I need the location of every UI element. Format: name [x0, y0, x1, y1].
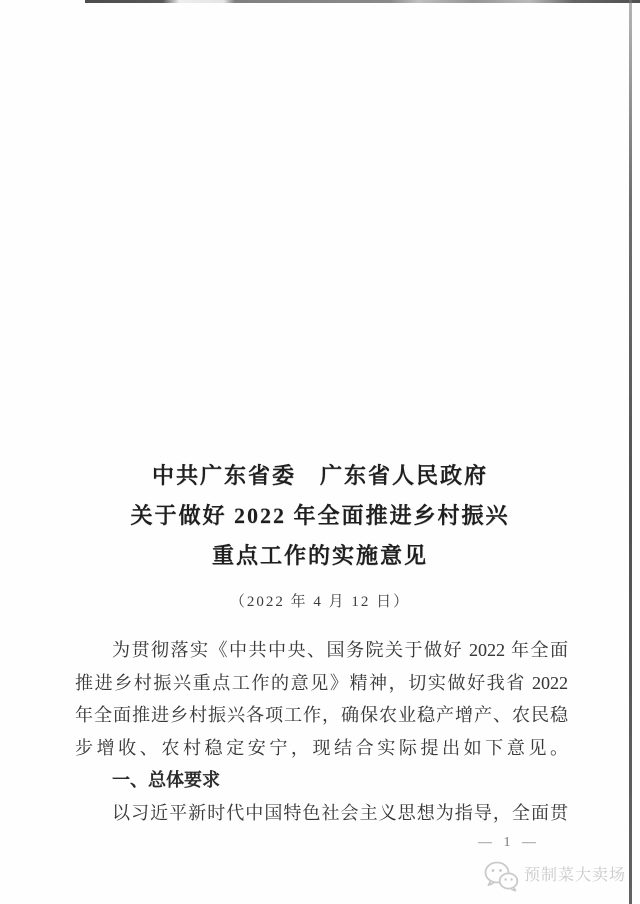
section-heading: 一、总体要求 [75, 764, 568, 797]
body-line: 以习近平新时代中国特色社会主义思想为指导，全面贯 [75, 797, 568, 830]
scan-artifact-top-edge [85, 0, 640, 3]
body-line: 步增收、农村稳定安宁，现结合实际提出如下意见。 [75, 732, 568, 765]
title-line-3: 重点工作的实施意见 [0, 536, 640, 576]
body-line: 年全面推进乡村振兴各项工作，确保农业稳产增产、农民稳 [75, 699, 568, 732]
wechat-icon [483, 858, 519, 894]
watermark-text: 预制菜大卖场 [524, 856, 626, 896]
document-title: 中共广东省委 广东省人民政府 关于做好 2022 年全面推进乡村振兴 重点工作的… [0, 456, 640, 576]
document-date: （2022 年 4 月 12 日） [0, 590, 640, 614]
watermark: 预制菜大卖场 [483, 856, 626, 896]
body-line: 推进乡村振兴重点工作的意见》精神，切实做好我省 2022 [75, 667, 568, 700]
document-body: 为贯彻落实《中共中央、国务院关于做好 2022 年全面 推进乡村振兴重点工作的意… [75, 634, 568, 829]
title-line-2: 关于做好 2022 年全面推进乡村振兴 [0, 496, 640, 536]
scan-artifact-right-edge [629, 0, 632, 904]
title-line-1: 中共广东省委 广东省人民政府 [0, 456, 640, 496]
scanned-document-page: 中共广东省委 广东省人民政府 关于做好 2022 年全面推进乡村振兴 重点工作的… [0, 0, 640, 904]
body-line: 为贯彻落实《中共中央、国务院关于做好 2022 年全面 [75, 634, 568, 667]
page-number: — 1 — [478, 833, 540, 853]
